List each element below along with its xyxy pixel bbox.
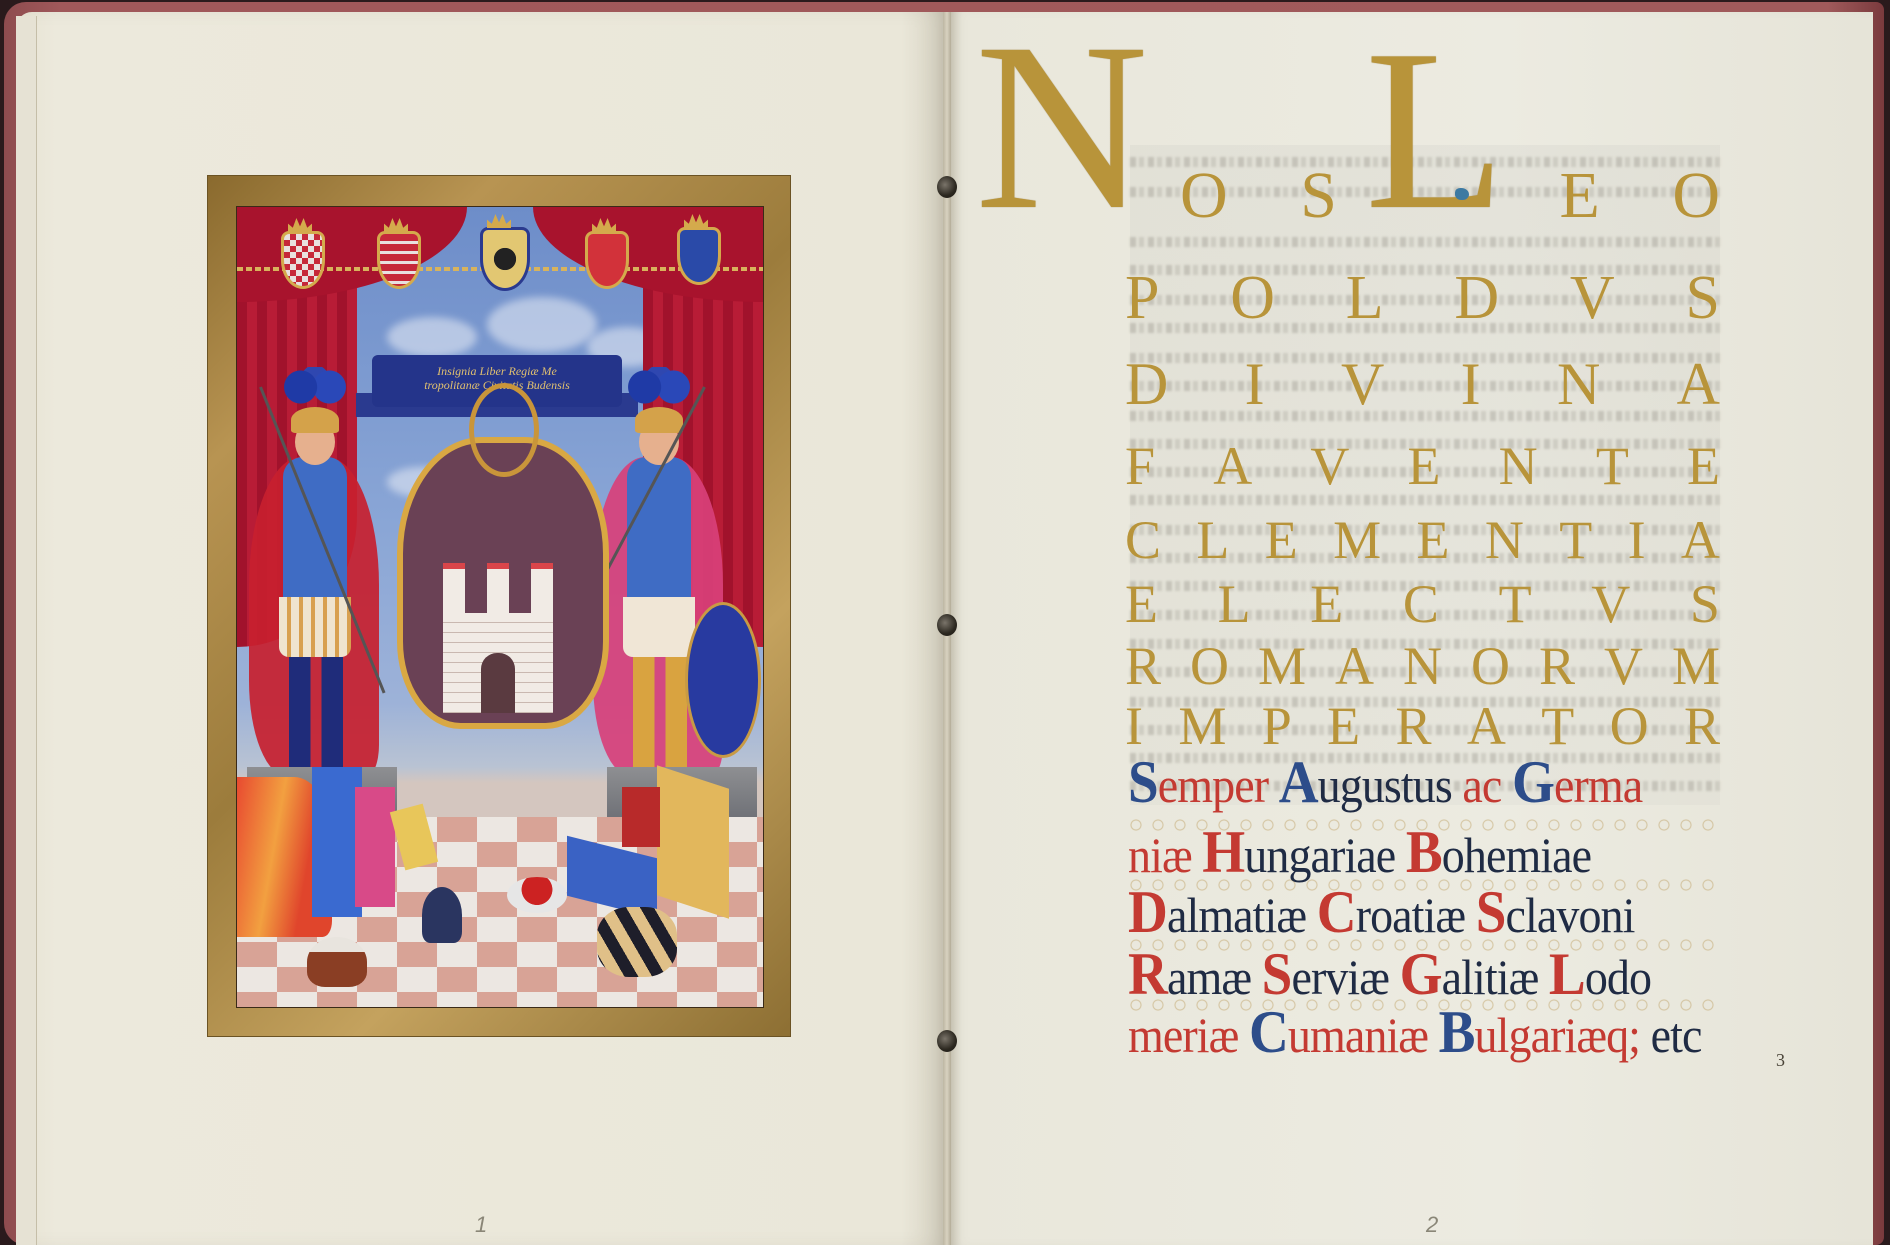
folio-number-right: 2 <box>1426 1212 1438 1238</box>
blackletter-text: niæ <box>1128 827 1202 883</box>
coat-of-arms-buda <box>397 437 609 729</box>
warrior-figure-left <box>249 397 379 797</box>
blackletter-text: odo <box>1585 949 1651 1005</box>
flag-pink <box>355 787 395 907</box>
blackletter-text: clavoni <box>1506 887 1635 943</box>
turban-icon <box>507 877 567 913</box>
gold-initial-n: N <box>975 16 1148 236</box>
blackletter-text: ohemiae <box>1442 827 1591 883</box>
blackletter-text: amæ <box>1167 949 1262 1005</box>
decorated-initial: S <box>1128 749 1158 815</box>
blackletter-text: meriæ <box>1128 1007 1249 1063</box>
lion-crest-icon <box>585 231 629 289</box>
decorated-initial: C <box>1249 999 1288 1065</box>
folio-number-left: 1 <box>475 1212 487 1238</box>
decorated-initial: D <box>1128 879 1167 945</box>
decorated-initial: B <box>1439 999 1475 1065</box>
banner-text-line1: Insignia Liber Regiæ Me <box>372 364 622 378</box>
blue-shield <box>685 602 761 758</box>
blackletter-text: almatiæ <box>1167 887 1317 943</box>
blackletter-text: erviæ <box>1291 949 1399 1005</box>
blackletter-line-3: Dalmatiæ Croatiæ Sclavoni <box>1128 882 1680 945</box>
gold-row-1: O S E O <box>1180 166 1720 226</box>
gold-row-4: FAVENTE <box>1125 436 1720 496</box>
crest-icon <box>281 231 325 289</box>
blackletter-line-2: niæ Hungariae Bohemiae <box>1128 822 1680 885</box>
blackletter-text: emper <box>1158 757 1279 813</box>
gold-row-6: ELECTVS <box>1125 574 1720 634</box>
decorated-initial: A <box>1279 749 1318 815</box>
blackletter-text: roatiæ <box>1356 887 1476 943</box>
helmet-icon <box>422 887 462 943</box>
crest-icon <box>677 227 721 285</box>
flag-gold-right <box>657 765 729 918</box>
valance-right <box>533 207 763 302</box>
blackletter-text: etc <box>1651 1007 1702 1063</box>
gold-row-3: DIVINA <box>1125 354 1720 414</box>
decorated-initial: C <box>1317 879 1356 945</box>
imperial-eagle-crest-icon <box>480 227 530 291</box>
marginal-mark: 3 <box>1776 1050 1785 1071</box>
decorated-initial: H <box>1202 819 1244 885</box>
illuminated-miniature: Insignia Liber Regiæ Me tropolitanæ Civi… <box>236 206 764 1008</box>
blackletter-text: ugustus <box>1318 757 1463 813</box>
binding-stitch <box>937 614 957 636</box>
gold-row-7: ROMANORVM <box>1125 636 1720 696</box>
flag-red-right <box>622 787 660 847</box>
binding-stitch <box>937 176 957 198</box>
decorated-initial: L <box>1549 941 1585 1007</box>
decorated-initial: S <box>1262 941 1292 1007</box>
blackletter-text: alitiæ <box>1442 949 1549 1005</box>
decorated-initial: S <box>1476 879 1506 945</box>
valance-left <box>237 207 467 302</box>
castle-icon <box>443 563 553 713</box>
decorated-initial: G <box>1400 941 1442 1007</box>
gold-row-2: POLDVS <box>1125 268 1720 328</box>
miniature-gold-frame: Insignia Liber Regiæ Me tropolitanæ Civi… <box>208 176 790 1036</box>
blackletter-text: ac <box>1462 757 1512 813</box>
blackletter-text: ungariae <box>1244 827 1406 883</box>
gold-row-5: CLEMENTIA <box>1125 510 1720 570</box>
blackletter-line-4: Ramæ Serviæ Galitiæ Lodo <box>1128 944 1680 1007</box>
binding-stitch <box>937 1030 957 1052</box>
decorated-initial: B <box>1406 819 1442 885</box>
blackletter-line-1: Semper Augustus ac Germa <box>1128 752 1680 815</box>
hungarian-arms-oval <box>469 383 539 477</box>
decorated-initial: R <box>1128 941 1167 1007</box>
blackletter-text: umaniæ <box>1288 1007 1439 1063</box>
blackletter-text: erma <box>1554 757 1642 813</box>
drum-icon <box>307 937 367 987</box>
crest-icon <box>377 231 421 289</box>
decorated-initial: G <box>1512 749 1554 815</box>
flyleaf-edge <box>16 16 37 1245</box>
blackletter-line-5: meriæ Cumaniæ Bulgariæq; etc <box>1128 1002 1680 1065</box>
gold-row-8: IMPERATOR <box>1125 696 1720 756</box>
blackletter-text: ulgariæq; <box>1475 1007 1651 1063</box>
drum-icon <box>597 907 677 977</box>
